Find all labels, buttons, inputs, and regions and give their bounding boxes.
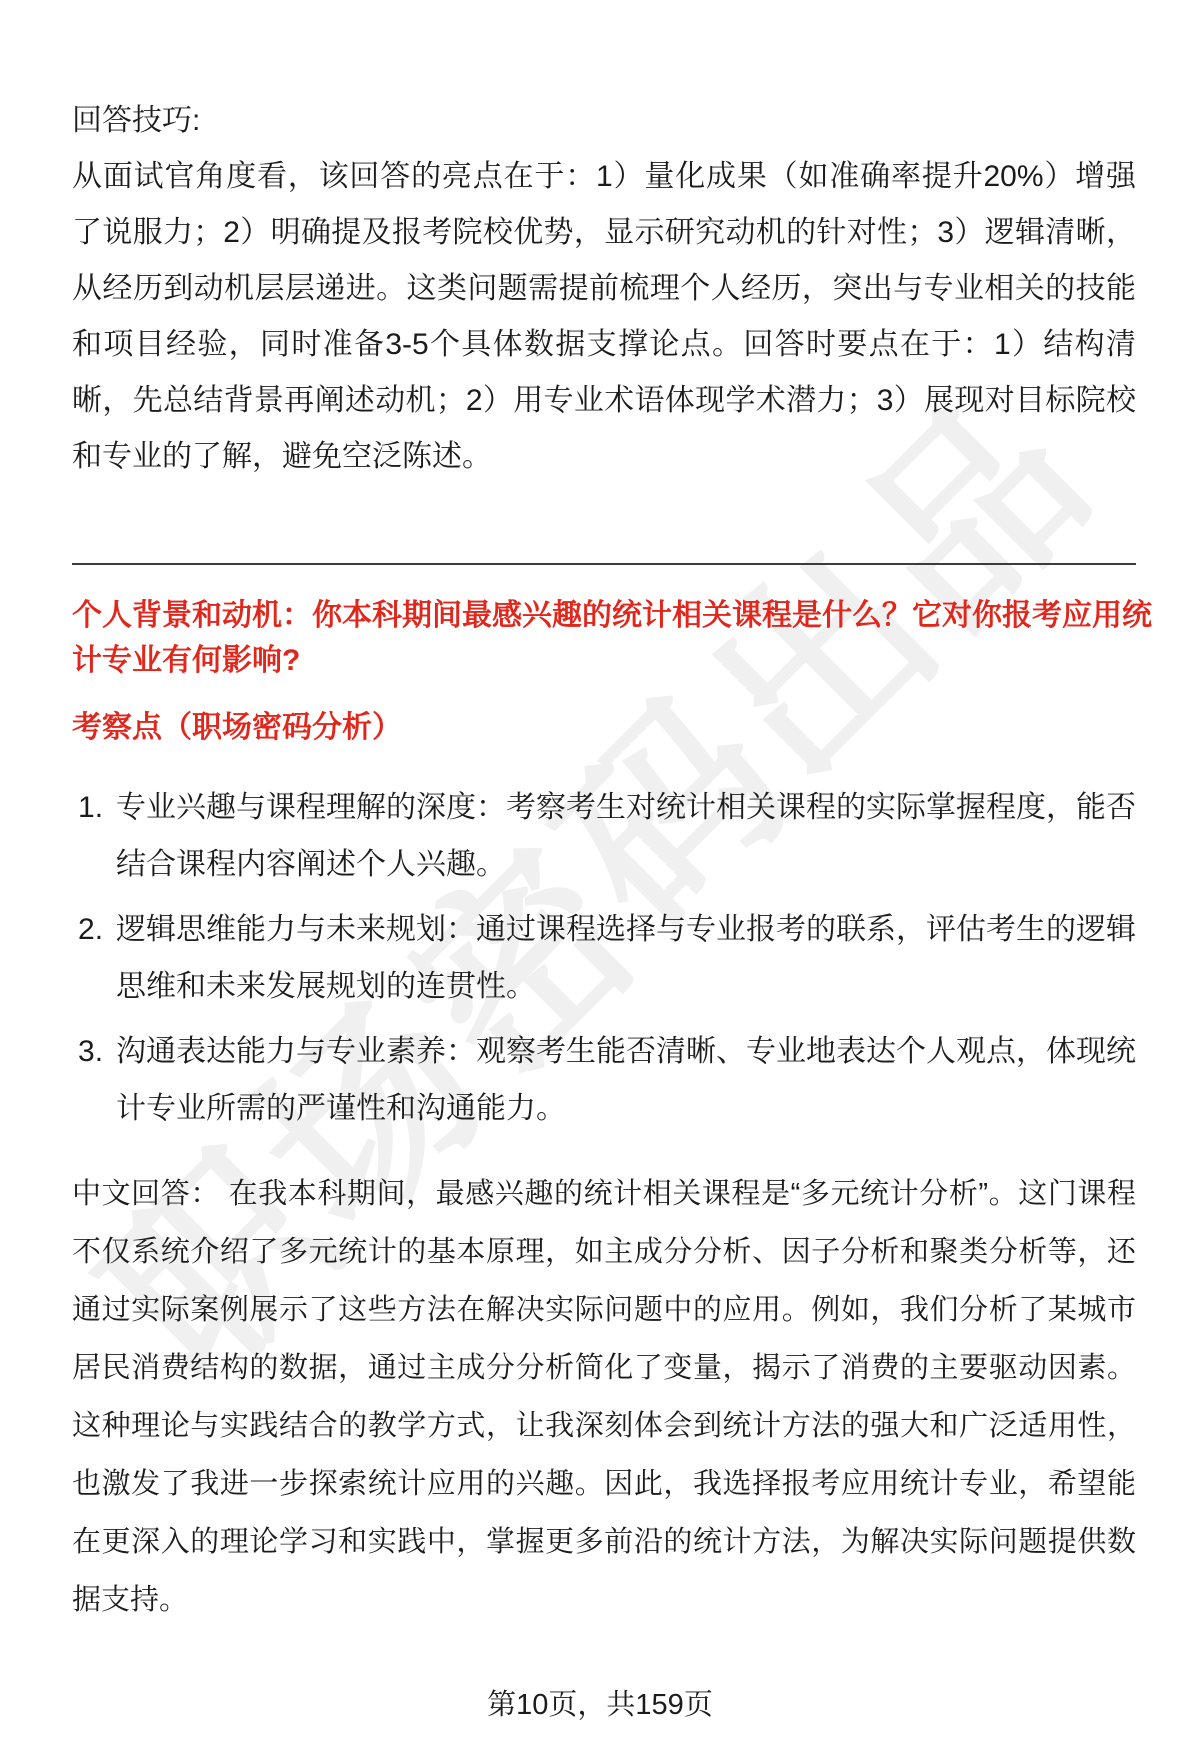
- document-page: 职场密码出品 回答技巧: 从面试官角度看，该回答的亮点在于：1）量化成果（如准确…: [0, 0, 1200, 1755]
- exam-point-item: 逻辑思维能力与未来规划：通过课程选择与专业报考的联系，评估考生的逻辑思维和未来发…: [72, 901, 1136, 1015]
- page-content: 回答技巧: 从面试官角度看，该回答的亮点在于：1）量化成果（如准确率提升20%）…: [0, 0, 1200, 1629]
- answer-tips-paragraph: 从面试官角度看，该回答的亮点在于：1）量化成果（如准确率提升20%）增强了说服力…: [72, 149, 1136, 485]
- chinese-answer-paragraph: 中文回答： 在我本科期间，最感兴趣的统计相关课程是“多元统计分析”。这门课程不仅…: [72, 1165, 1136, 1629]
- exam-points-list: 专业兴趣与课程理解的深度：考察考生对统计相关课程的实际掌握程度，能否结合课程内容…: [72, 779, 1136, 1137]
- page-number-footer: 第10页，共159页: [0, 1688, 1200, 1722]
- exam-point-item: 专业兴趣与课程理解的深度：考察考生对统计相关课程的实际掌握程度，能否结合课程内容…: [72, 779, 1136, 893]
- answer-tips-label: 回答技巧:: [72, 93, 1136, 149]
- interview-question-heading: 个人背景和动机：你本科期间最感兴趣的统计相关课程是什么？它对你报考应用统计专业有…: [72, 593, 1166, 683]
- exam-points-heading: 考察点（职场密码分析）: [72, 705, 1136, 751]
- exam-point-item: 沟通表达能力与专业素养：观察考生能否清晰、专业地表达个人观点，体现统计专业所需的…: [72, 1023, 1136, 1137]
- section-divider: [72, 563, 1136, 565]
